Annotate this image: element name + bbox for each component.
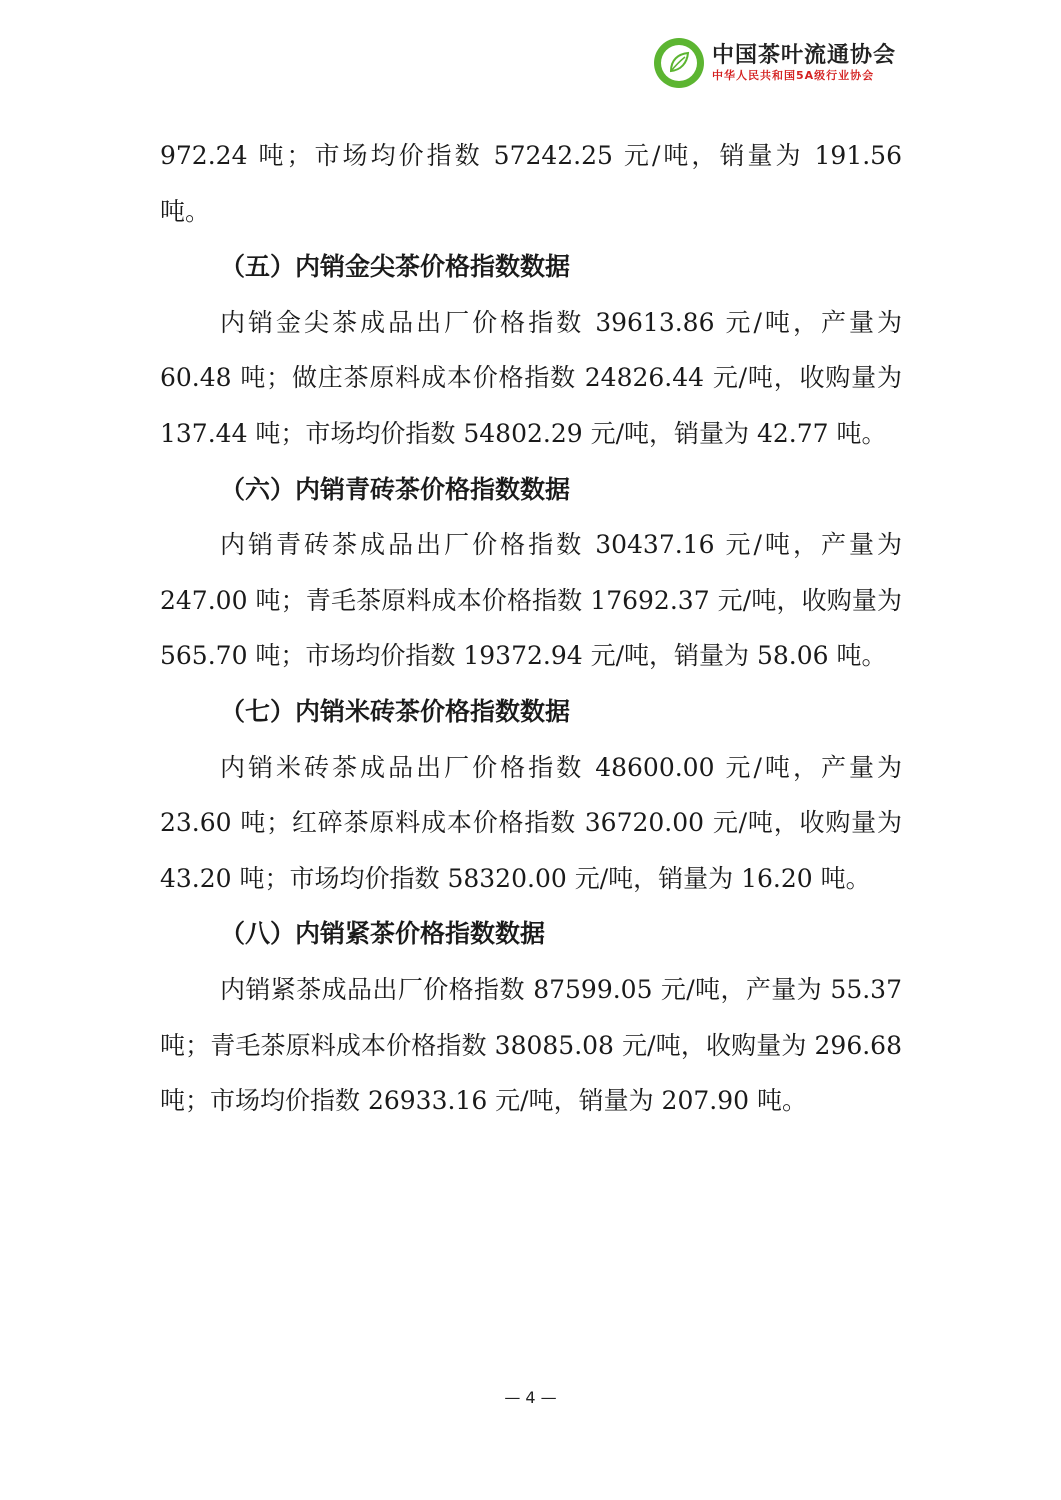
document-body: 972.24 吨；市场均价指数 57242.25 元/吨，销量为 191.56 …	[160, 128, 902, 1129]
org-subtitle: 中华人民共和国5A级行业协会	[712, 68, 896, 84]
section-heading-7: （七）内销米砖茶价格指数数据	[160, 684, 902, 740]
section-heading-5: （五）内销金尖茶价格指数数据	[160, 239, 902, 295]
leaf-seal-icon	[654, 38, 704, 88]
section-body-6: 内销青砖茶成品出厂价格指数 30437.16 元/吨，产量为 247.00 吨；…	[160, 517, 902, 684]
section-heading-6: （六）内销青砖茶价格指数数据	[160, 462, 902, 518]
page-number: — 4 —	[0, 1388, 1061, 1407]
section-heading-8: （八）内销紧茶价格指数数据	[160, 906, 902, 962]
section-body-7: 内销米砖茶成品出厂价格指数 48600.00 元/吨，产量为 23.60 吨；红…	[160, 740, 902, 907]
section-body-5: 内销金尖茶成品出厂价格指数 39613.86 元/吨，产量为 60.48 吨；做…	[160, 295, 902, 462]
continuation-paragraph: 972.24 吨；市场均价指数 57242.25 元/吨，销量为 191.56 …	[160, 128, 902, 239]
section-body-8: 内销紧茶成品出厂价格指数 87599.05 元/吨，产量为 55.37 吨；青毛…	[160, 962, 902, 1129]
header-logo: 中国茶叶流通协会 中华人民共和国5A级行业协会	[654, 38, 896, 88]
org-name: 中国茶叶流通协会	[712, 42, 896, 68]
